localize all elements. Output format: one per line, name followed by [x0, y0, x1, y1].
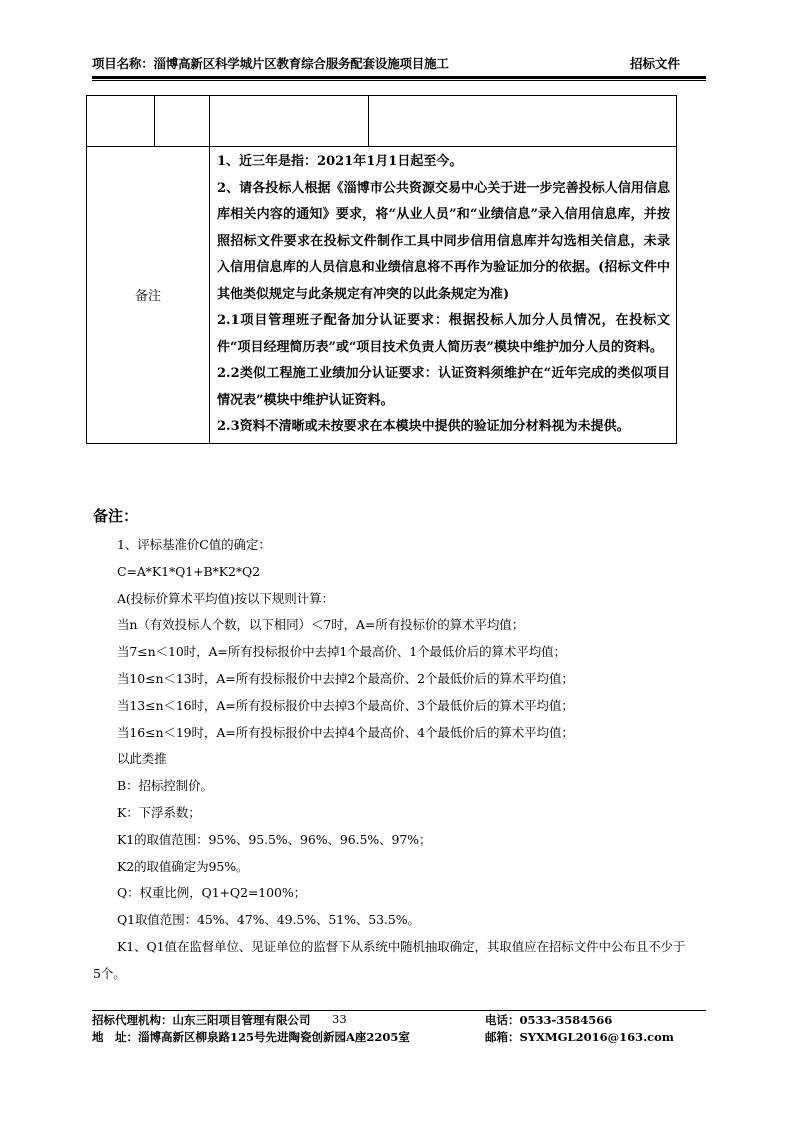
remarks-table: 备注 1、近三年是指：2021年1月1日起至今。 2、请各投标人根据《淄博市公共… [86, 95, 677, 444]
note-line: K1的取值范围：95%、95.5%、96%、96.5%、97%； [93, 827, 693, 854]
note-line: Q1取值范围：45%、47%、49.5%、51%、53.5%。 [93, 907, 693, 934]
notes-title: 备注： [93, 505, 693, 526]
remarks-label: 备注 [87, 147, 210, 444]
email-address: 邮箱：SYXMGL2016@163.com [485, 1029, 674, 1045]
agency-address: 地 址：淄博高新区柳泉路125号先进陶瓷创新园A座2205室 [92, 1029, 410, 1045]
table-cell [155, 96, 210, 147]
note-line: K2的取值确定为95%。 [93, 854, 693, 881]
notes-section: 备注： 1、评标基准价C值的确定： C=A*K1*Q1+B*K2*Q2 A(投标… [93, 505, 693, 988]
remark-item: 1、近三年是指：2021年1月1日起至今。 [217, 149, 670, 176]
remark-item: 2.2类似工程施工业绩加分认证要求：认证资料须维护在“近年完成的类似项目情况表”… [217, 361, 670, 414]
phone-number: 电话：0533-3584566 [485, 1012, 612, 1028]
page-number: 33 [332, 1012, 347, 1026]
note-line: 以此类推 [93, 746, 693, 773]
table-cell [369, 96, 677, 147]
footer-rule [92, 1010, 706, 1011]
remarks-content: 1、近三年是指：2021年1月1日起至今。 2、请各投标人根据《淄博市公共资源交… [210, 147, 677, 444]
note-line: 当n（有效投标人个数，以下相同）＜7时，A=所有投标价的算术平均值； [93, 612, 693, 639]
page-footer: 招标代理机构：山东三阳项目管理有限公司 33 电话：0533-3584566 地… [92, 1012, 706, 1046]
note-line: A(投标价算术平均值)按以下规则计算： [93, 586, 693, 613]
table-row-remarks: 备注 1、近三年是指：2021年1月1日起至今。 2、请各投标人根据《淄博市公共… [87, 147, 677, 444]
table-cell [210, 96, 369, 147]
note-line: K：下浮系数； [93, 800, 693, 827]
remark-item: 2、请各投标人根据《淄博市公共资源交易中心关于进一步完善投标人信用信息库相关内容… [217, 176, 670, 309]
header-rule-thin [92, 80, 706, 81]
project-title: 项目名称：淄博高新区科学城片区教育综合服务配套设施项目施工 [92, 54, 449, 72]
remark-item: 2.3资料不清晰或未按要求在本模块中提供的验证加分材料视为未提供。 [217, 414, 670, 441]
table-row-blank [87, 96, 677, 147]
note-closing: K1、Q1值在监督单位、见证单位的监督下从系统中随机抽取确定，其取值应在招标文件… [93, 934, 693, 988]
document-type: 招标文件 [630, 54, 680, 72]
page-header: 项目名称：淄博高新区科学城片区教育综合服务配套设施项目施工 招标文件 [92, 54, 706, 78]
table-cell [87, 96, 155, 147]
note-line: Q：权重比例，Q1+Q2=100%； [93, 880, 693, 907]
header-rule [92, 76, 706, 79]
note-line: 当13≤n＜16时，A=所有投标报价中去掉3个最高价、3个最低价后的算术平均值； [93, 693, 693, 720]
note-line: 1、评标基准价C值的确定： [93, 532, 693, 559]
note-line: B：招标控制价。 [93, 773, 693, 800]
note-line: 当10≤n＜13时，A=所有投标报价中去掉2个最高价、2个最低价后的算术平均值； [93, 666, 693, 693]
note-line: 当16≤n＜19时，A=所有投标报价中去掉4个最高价、4个最低价后的算术平均值； [93, 720, 693, 747]
remark-item: 2.1项目管理班子配备加分认证要求：根据投标人加分人员情况，在投标文件“项目经理… [217, 308, 670, 361]
agency-name: 招标代理机构：山东三阳项目管理有限公司 [92, 1012, 311, 1028]
note-line: C=A*K1*Q1+B*K2*Q2 [93, 559, 693, 586]
note-line: 当7≤n＜10时，A=所有投标报价中去掉1个最高价、1个最低价后的算术平均值； [93, 639, 693, 666]
